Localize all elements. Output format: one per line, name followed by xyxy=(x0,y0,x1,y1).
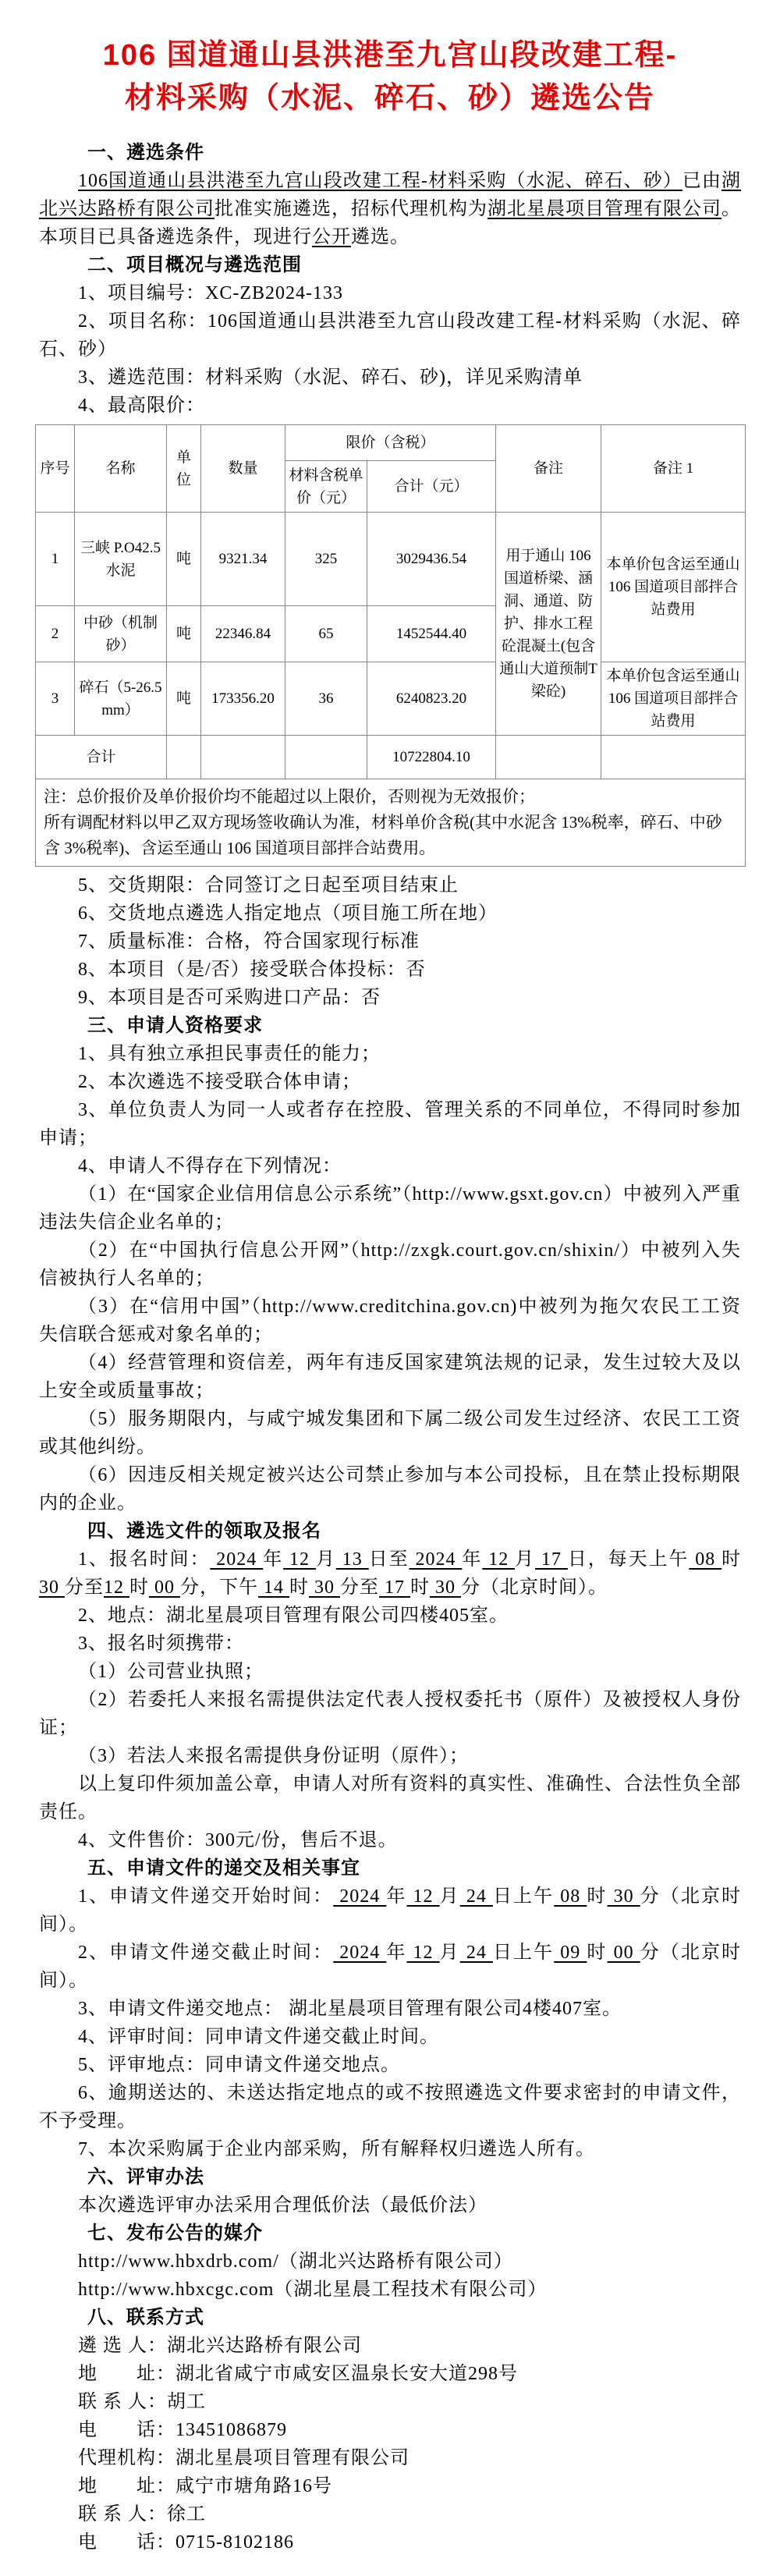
text-segment: 6、交货地点遴选人指定地点（项目施工所在地） xyxy=(78,903,498,924)
paragraph: 8、本项目（是/否）接受联合体投标：否 xyxy=(39,956,741,984)
paragraph: （4）经营管理和资信差，两年有违反国家建筑法规的记录，发生过较大及以上安全或质量… xyxy=(39,1349,741,1405)
text-segment: 三、申请人资格要求 xyxy=(87,1015,263,1036)
section-heading: 五、申请文件的递交及相关事宜 xyxy=(39,1854,741,1882)
cell-empty xyxy=(201,736,285,779)
text-segment: 4、文件售价：300元/份，售后不退。 xyxy=(78,1830,398,1850)
underlined-text: 24 xyxy=(460,1943,493,1963)
th-qty: 数量 xyxy=(201,425,285,513)
underlined-text: 2024 xyxy=(333,1943,386,1963)
text-segment: 4、评审时间：同申请文件递交截止时间。 xyxy=(78,2027,439,2047)
text-segment: 时 xyxy=(410,1577,430,1598)
underlined-text: 08 xyxy=(689,1549,721,1570)
text-segment: 年 xyxy=(263,1549,283,1570)
section-heading: 一、遴选条件 xyxy=(39,139,741,167)
paragraph: （6）因违反相关规定被兴达公司禁止参加与本公司投标，且在禁止投标期限内的企业。 xyxy=(39,1461,741,1517)
paragraph: 3、遴选范围：材料采购（水泥、碎石、砂)，详见采购清单 xyxy=(39,364,741,392)
underlined-text: 30 xyxy=(39,1577,65,1598)
text-segment: 月 xyxy=(440,1943,460,1963)
paragraph: 1、报名时间： 2024 年 12 月 13 日至 2024 年 12 月 17… xyxy=(39,1545,741,1602)
text-segment: 时 xyxy=(289,1577,309,1598)
text-segment: http://www.hbxdrb.com/（湖北兴达路桥有限公司） xyxy=(78,2251,513,2272)
paragraph: 4、最高限价： xyxy=(39,392,741,420)
cell-empty xyxy=(167,736,201,779)
section-heading: 七、发布公告的媒介 xyxy=(39,2219,741,2248)
paragraph: 2、本次遴选不接受联合体申请； xyxy=(39,1068,741,1096)
text-segment: 7、本次采购属于企业内部采购，所有解释权归遴选人所有。 xyxy=(78,2139,595,2159)
paragraph: 联 系 人：徐工 xyxy=(39,2500,741,2528)
page-title: 106 国道通山县洪港至九宫山段改建工程- 材料采购（水泥、碎石、砂）遴选公告 xyxy=(39,0,741,120)
table-note-row: 注：总价报价及单价报价均不能超过以上限价，否则视为无效报价； 所有调配材料以甲乙… xyxy=(36,779,746,867)
underlined-text: 2024 xyxy=(333,1886,386,1907)
text-segment: 月 xyxy=(440,1886,460,1907)
paragraph: （2）在“中国执行信息公开网”（http://zxgk.court.gov.cn… xyxy=(39,1237,741,1293)
underlined-text: 2024 xyxy=(409,1549,463,1570)
cell-name: 中砂（机制砂） xyxy=(75,606,167,662)
paragraph: 2、申请文件递交截止时间： 2024 年 12 月 24 日上午 09 时 00… xyxy=(39,1939,741,1995)
text-segment: 月 xyxy=(515,1549,535,1570)
announcement-document: 106 国道通山县洪港至九宫山段改建工程- 材料采购（水泥、碎石、砂）遴选公告 … xyxy=(0,0,780,2576)
text-segment: 已由 xyxy=(682,171,721,191)
paragraph: 7、质量标准：合格，符合国家现行标准 xyxy=(39,928,741,956)
cell-unit: 吨 xyxy=(167,606,201,662)
text-segment: 五、申请文件的递交及相关事宜 xyxy=(87,1857,360,1879)
paragraph: 7、本次采购属于企业内部采购，所有解释权归遴选人所有。 xyxy=(39,2135,741,2163)
underlined-text: 17 xyxy=(379,1577,410,1598)
underlined-text: 2024 xyxy=(210,1549,263,1570)
underlined-text: 00 xyxy=(608,1943,640,1963)
cell-name: 三峡 P.O42.5 水泥 xyxy=(75,513,167,606)
cell-empty xyxy=(285,736,367,779)
paragraph: 遴 选 人：湖北兴达路桥有限公司 xyxy=(39,2332,741,2360)
paragraph: （5）服务期限内，与咸宁城发集团和下属二级公司发生过经济、农民工工资或其他纠纷。 xyxy=(39,1405,741,1461)
note-line: 注：总价报价及单价报价均不能超过以上限价，否则视为无效报价； xyxy=(44,784,737,810)
text-segment: 8、本项目（是/否）接受联合体投标：否 xyxy=(78,960,426,980)
paragraph: 5、评审地点：同申请文件递交地点。 xyxy=(39,2051,741,2079)
text-segment: 地 址：湖北省咸宁市咸安区温泉长安大道298号 xyxy=(78,2364,518,2384)
text-segment: 2、地点：湖北星晨项目管理有限公司四楼405室。 xyxy=(78,1606,509,1626)
underlined-text: 12 xyxy=(104,1577,129,1598)
th-price-group: 限价（含税） xyxy=(285,425,496,461)
section-heading: 八、联系方式 xyxy=(39,2304,741,2332)
text-segment: 二、项目概况与遴选范围 xyxy=(87,254,302,275)
paragraph: 以上复印件须加盖公章，申请人对所有资料的真实性、准确性、合法性负全部责任。 xyxy=(39,1770,741,1826)
paragraph: 1、具有独立承担民事责任的能力； xyxy=(39,1040,741,1068)
text-segment: 地 址：咸宁市塘角路16号 xyxy=(78,2476,332,2496)
title-line: 106 国道通山县洪港至九宫山段改建工程- xyxy=(39,34,741,77)
cell-unit: 吨 xyxy=(167,662,201,736)
text-segment: 年 xyxy=(386,1886,406,1907)
underlined-text: 00 xyxy=(149,1577,180,1598)
text-segment: 遴选。 xyxy=(351,227,409,247)
cell-unit-price: 325 xyxy=(285,513,367,606)
text-segment: 七、发布公告的媒介 xyxy=(87,2223,263,2244)
text-segment: 电 话：13451086879 xyxy=(78,2420,287,2440)
text-segment: （3）若法人来报名需提供身份证明（原件）； xyxy=(78,1746,469,1766)
paragraph: 3、申请文件递交地点： 湖北星晨项目管理有限公司4楼407室。 xyxy=(39,1995,741,2023)
underlined-text: 13 xyxy=(336,1549,369,1570)
text-segment: 四、遴选文件的领取及报名 xyxy=(87,1520,321,1542)
text-segment: 1、报名时间： xyxy=(78,1549,210,1570)
cell-unit: 吨 xyxy=(167,513,201,606)
paragraph: 本次遴选评审办法采用合理低价法（最低价法） xyxy=(39,2191,741,2219)
text-segment: 7、质量标准：合格，符合国家现行标准 xyxy=(78,931,420,952)
section-before-table: 一、遴选条件106国道通山县洪港至九宫山段改建工程-材料采购（水泥、碎石、砂）已… xyxy=(39,139,741,420)
paragraph: （2）若委托人来报名需提供法定代表人授权委托书（原件）及被授权人身份证； xyxy=(39,1686,741,1742)
paragraph: 地 址：咸宁市塘角路16号 xyxy=(39,2472,741,2500)
section-heading: 四、遴选文件的领取及报名 xyxy=(39,1517,741,1545)
cell-qty: 22346.84 xyxy=(201,606,285,662)
text-segment: （1）在“国家企业信用信息公示系统”（http://www.gsxt.gov.c… xyxy=(39,1184,741,1233)
cell-grand-total: 10722804.10 xyxy=(367,736,496,779)
th-seq: 序号 xyxy=(36,425,75,513)
text-segment: 日上午 xyxy=(493,1886,554,1907)
text-segment: 年 xyxy=(462,1549,482,1570)
cell-empty xyxy=(601,736,746,779)
table-row: 3 碎石（5-26.5mm） 吨 173356.20 36 6240823.20… xyxy=(36,662,746,736)
paragraph: （3）在“信用中国”（http://www.creditchina.gov.cn… xyxy=(39,1293,741,1349)
paragraph: 2、项目名称：106国道通山县洪港至九宫山段改建工程-材料采购（水泥、碎石、砂） xyxy=(39,307,741,364)
text-segment: 以上复印件须加盖公章，申请人对所有资料的真实性、准确性、合法性负全部责任。 xyxy=(39,1774,741,1822)
text-segment: 9、本项目是否可采购进口产品：否 xyxy=(78,988,381,1008)
paragraph: 联 系 人：胡工 xyxy=(39,2388,741,2416)
cell-qty: 173356.20 xyxy=(201,662,285,736)
paragraph: 1、申请文件递交开始时间： 2024 年 12 月 24 日上午 08 时 30… xyxy=(39,1882,741,1939)
text-segment: 联 系 人：徐工 xyxy=(78,2504,206,2525)
cell-total: 1452544.40 xyxy=(367,606,496,662)
text-segment: 1、项目编号：XC-ZB2024-133 xyxy=(78,283,343,303)
underlined-text: 12 xyxy=(406,1943,439,1963)
cell-total: 3029436.54 xyxy=(367,513,496,606)
text-segment: 代理机构：湖北星晨项目管理有限公司 xyxy=(78,2448,409,2468)
cell-remark-merged: 用于通山 106 国道桥梁、涵洞、通道、防护、排水工程砼混凝土(包含通山大道预制… xyxy=(496,513,601,736)
text-segment: 本次遴选评审办法采用合理低价法（最低价法） xyxy=(78,2195,487,2216)
table-row: 1 三峡 P.O42.5 水泥 吨 9321.34 325 3029436.54… xyxy=(36,513,746,606)
text-segment: 日至 xyxy=(369,1549,409,1570)
text-segment: 3、报名时须携带： xyxy=(78,1634,244,1654)
paragraph: 6、交货地点遴选人指定地点（项目施工所在地） xyxy=(39,899,741,928)
text-segment: （2）若委托人来报名需提供法定代表人授权委托书（原件）及被授权人身份证； xyxy=(39,1690,741,1738)
underlined-text: 14 xyxy=(258,1577,289,1598)
paragraph: 电 话：0715-8102186 xyxy=(39,2528,741,2556)
paragraph: （1）公司营业执照； xyxy=(39,1658,741,1686)
text-segment: http://www.hbxcgc.com（湖北星晨工程技术有限公司） xyxy=(78,2280,547,2300)
text-segment: 1、申请文件递交开始时间： xyxy=(78,1886,333,1907)
text-segment: （2）在“中国执行信息公开网”（http://zxgk.court.gov.cn… xyxy=(39,1240,741,1289)
text-segment: 遴 选 人：湖北兴达路桥有限公司 xyxy=(78,2336,362,2356)
paragraph: 5、交货期限：合同签订之日起至项目结束止 xyxy=(39,871,741,899)
th-unit: 单位 xyxy=(167,425,201,513)
underlined-text: 17 xyxy=(535,1549,568,1570)
text-segment: 日上午 xyxy=(493,1943,554,1963)
underlined-text: 12 xyxy=(406,1886,439,1907)
section-after-table: 5、交货期限：合同签订之日起至项目结束止6、交货地点遴选人指定地点（项目施工所在… xyxy=(39,871,741,2556)
paragraph: 106国道通山县洪港至九宫山段改建工程-材料采购（水泥、碎石、砂）已由湖北兴达路… xyxy=(39,167,741,251)
text-segment: （5）服务期限内，与咸宁城发集团和下属二级公司发生过经济、农民工工资或其他纠纷。 xyxy=(39,1409,741,1457)
paragraph: 代理机构：湖北星晨项目管理有限公司 xyxy=(39,2444,741,2472)
text-segment: 分至 xyxy=(65,1577,104,1598)
table-total-row: 合计 10722804.10 xyxy=(36,736,746,779)
text-segment: 时 xyxy=(587,1943,607,1963)
paragraph: 3、单位负责人为同一人或者存在控股、管理关系的不同单位，不得同时参加申请； xyxy=(39,1096,741,1152)
note-cell: 注：总价报价及单价报价均不能超过以上限价，否则视为无效报价； 所有调配材料以甲乙… xyxy=(36,779,746,867)
paragraph: 电 话：13451086879 xyxy=(39,2416,741,2444)
th-remark1: 备注 1 xyxy=(601,425,746,513)
text-segment: 日，每天上午 xyxy=(568,1549,689,1570)
text-segment: 一、遴选条件 xyxy=(87,142,204,163)
text-segment: 分至 xyxy=(340,1577,379,1598)
text-segment: 4、申请人不得存在下列情况： xyxy=(78,1156,342,1176)
text-segment: 时 xyxy=(721,1549,741,1570)
cell-total-label: 合计 xyxy=(36,736,167,779)
section-heading: 六、评审办法 xyxy=(39,2163,741,2191)
table-header-row: 序号 名称 单位 数量 限价（含税） 备注 备注 1 xyxy=(36,425,746,461)
cell-empty xyxy=(496,736,601,779)
paragraph: 6、逾期送达的、未送达指定地点的或不按照遴选文件要求密封的申请文件，不予受理。 xyxy=(39,2079,741,2135)
title-line: 材料采购（水泥、碎石、砂）遴选公告 xyxy=(39,77,741,120)
underlined-text: 30 xyxy=(608,1886,640,1907)
text-segment: 批准实施遴选，招标代理机构为 xyxy=(214,199,487,219)
text-segment: 分（北京时间）。 xyxy=(461,1577,608,1598)
underlined-text: 08 xyxy=(554,1886,587,1907)
text-segment: （6）因违反相关规定被兴达公司禁止参加与本公司投标，且在禁止投标期限内的企业。 xyxy=(39,1465,741,1513)
paragraph: 9、本项目是否可采购进口产品：否 xyxy=(39,984,741,1012)
cell-remark1-row3: 本单价包含运至通山 106 国道项目部拌合站费用 xyxy=(601,662,746,736)
paragraph: 4、申请人不得存在下列情况： xyxy=(39,1152,741,1180)
underlined-text: 12 xyxy=(482,1549,515,1570)
text-segment: 3、遴选范围：材料采购（水泥、碎石、砂)，详见采购清单 xyxy=(78,367,583,388)
cell-seq: 1 xyxy=(36,513,75,606)
paragraph: 地 址：湖北省咸宁市咸安区温泉长安大道298号 xyxy=(39,2360,741,2388)
text-segment: 2、项目名称：106国道通山县洪港至九宫山段改建工程-材料采购（水泥、碎石、砂） xyxy=(39,311,741,360)
paragraph: 4、文件售价：300元/份，售后不退。 xyxy=(39,1826,741,1854)
underlined-text: 106国道通山县洪港至九宫山段改建工程-材料采购（水泥、碎石、砂） xyxy=(78,171,682,191)
cell-unit-price: 36 xyxy=(285,662,367,736)
underlined-text: 12 xyxy=(283,1549,316,1570)
text-segment: 3、申请文件递交地点： 湖北星晨项目管理有限公司4楼407室。 xyxy=(78,1999,622,2019)
text-segment: 3、单位负责人为同一人或者存在控股、管理关系的不同单位，不得同时参加申请； xyxy=(39,1100,741,1148)
cell-seq: 3 xyxy=(36,662,75,736)
cell-qty: 9321.34 xyxy=(201,513,285,606)
paragraph: 1、项目编号：XC-ZB2024-133 xyxy=(39,279,741,307)
text-segment: 4、最高限价： xyxy=(78,396,205,416)
underlined-text: 30 xyxy=(430,1577,461,1598)
text-segment: （3）在“信用中国”（http://www.creditchina.gov.cn… xyxy=(39,1297,741,1345)
text-segment: 分，下午 xyxy=(180,1577,258,1598)
text-segment: 年 xyxy=(386,1943,406,1963)
underlined-text: 09 xyxy=(554,1943,587,1963)
th-remark: 备注 xyxy=(496,425,601,513)
underlined-text: 30 xyxy=(309,1577,340,1598)
text-segment: 5、评审地点：同申请文件递交地点。 xyxy=(78,2055,400,2075)
section-heading: 三、申请人资格要求 xyxy=(39,1012,741,1040)
cell-seq: 2 xyxy=(36,606,75,662)
cell-total: 6240823.20 xyxy=(367,662,496,736)
text-segment: 时 xyxy=(587,1886,607,1907)
text-segment: 6、逾期送达的、未送达指定地点的或不按照遴选文件要求密封的申请文件，不予受理。 xyxy=(39,2083,741,2131)
text-segment: 月 xyxy=(316,1549,336,1570)
cell-name: 碎石（5-26.5mm） xyxy=(75,662,167,736)
text-segment: 六、评审办法 xyxy=(87,2166,204,2187)
cell-unit-price: 65 xyxy=(285,606,367,662)
paragraph: 2、地点：湖北星晨项目管理有限公司四楼405室。 xyxy=(39,1602,741,1630)
text-segment: 1、具有独立承担民事责任的能力； xyxy=(78,1044,381,1064)
text-segment: （4）经营管理和资信差，两年有违反国家建筑法规的记录，发生过较大及以上安全或质量… xyxy=(39,1353,741,1401)
text-segment: 5、交货期限：合同签订之日起至项目结束止 xyxy=(78,875,459,896)
cell-remark1-rows12: 本单价包含运至通山 106 国道项目部拌合站费用 xyxy=(601,513,746,662)
th-name: 名称 xyxy=(75,425,167,513)
text-segment: 电 话：0715-8102186 xyxy=(78,2532,294,2553)
section-heading: 二、项目概况与遴选范围 xyxy=(39,251,741,279)
paragraph: http://www.hbxcgc.com（湖北星晨工程技术有限公司） xyxy=(39,2276,741,2304)
text-segment: 2、申请文件递交截止时间： xyxy=(78,1943,333,1963)
text-segment: 八、联系方式 xyxy=(87,2307,204,2328)
paragraph: （3）若法人来报名需提供身份证明（原件）； xyxy=(39,1742,741,1770)
paragraph: 4、评审时间：同申请文件递交截止时间。 xyxy=(39,2023,741,2051)
text-segment: 2、本次遴选不接受联合体申请； xyxy=(78,1072,361,1092)
text-segment: 联 系 人：胡工 xyxy=(78,2392,206,2412)
paragraph: （1）在“国家企业信用信息公示系统”（http://www.gsxt.gov.c… xyxy=(39,1180,741,1237)
paragraph: 3、报名时须携带： xyxy=(39,1630,741,1658)
th-total: 合计（元） xyxy=(367,461,496,513)
underlined-text: 公开 xyxy=(312,227,351,247)
text-segment: 时 xyxy=(129,1577,149,1598)
underlined-text: 湖北星晨项目管理有限公司 xyxy=(487,199,721,219)
note-line: 所有调配材料以甲乙双方现场签收确认为准，材料单价含税(其中水泥含 13%税率，碎… xyxy=(44,810,737,861)
th-unit-price: 材料含税单价（元） xyxy=(285,461,367,513)
price-limit-table: 序号 名称 单位 数量 限价（含税） 备注 备注 1 材料含税单价（元） 合计（… xyxy=(35,424,746,867)
underlined-text: 24 xyxy=(460,1886,493,1907)
paragraph: http://www.hbxdrb.com/（湖北兴达路桥有限公司） xyxy=(39,2248,741,2276)
text-segment: （1）公司营业执照； xyxy=(78,1662,264,1682)
document-body: 106 国道通山县洪港至九宫山段改建工程- 材料采购（水泥、碎石、砂）遴选公告 … xyxy=(0,0,780,2556)
